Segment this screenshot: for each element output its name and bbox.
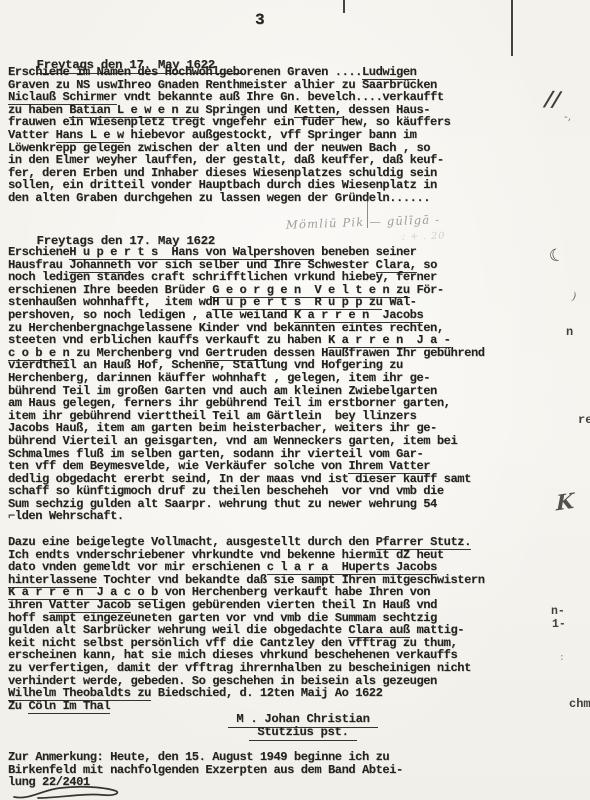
page-number: 3 (255, 11, 265, 29)
fold-line-mark (511, 0, 513, 56)
pen-squiggle-mark (12, 785, 124, 800)
text-line: ⌐lden Wehrschaft. (8, 510, 485, 523)
paren-mark: ) (570, 290, 578, 304)
handwritten-k-mark: K (556, 488, 574, 516)
entry1-paragraph: Erschiene im Namen des Hochwohlgeborenen… (8, 66, 450, 205)
entry2-paragraph: ErschieneH u p e r t s Hans von Walpersh… (8, 246, 485, 523)
margin-fragment-n-dash: n- (551, 605, 565, 618)
crescent-mark: ☾ (547, 245, 566, 268)
text-line: Wilhelm Theobaldts zu Biedschied, d. 12t… (8, 687, 485, 700)
pencil-annotation: Mömliū Pik — gūlīgā - (286, 212, 441, 231)
double-slash-mark: // (544, 85, 561, 111)
margin-fragment-n: n (566, 325, 573, 339)
dash-mark: -, (564, 110, 571, 123)
text-line: Zu Cöln Im Thal (8, 700, 485, 713)
fold-crease-mark (343, 0, 345, 13)
document-scan-page: 3 Freytags den 17. May 1622 Erschiene im… (0, 0, 590, 800)
text-line: den alten Graben durchgehen zu lassen we… (8, 192, 450, 205)
note-1949-paragraph: Zur Anmerkung: Heute, den 15. August 194… (8, 751, 403, 789)
signature-block: M . Johan Christian Stutzius pst. (208, 713, 398, 739)
entry3-paragraph: Dazu eine beigelegte Vollmacht, ausgeste… (8, 536, 485, 712)
pencil-annotation-small: ; + . 20 (402, 231, 446, 243)
margin-fragment-colon: : (560, 650, 564, 663)
margin-fragment-chm: chm (569, 697, 590, 711)
margin-fragment-1-dash: 1- (552, 618, 566, 631)
margin-fragment-re: re (578, 413, 590, 427)
signature-title: Stutzius pst. (249, 725, 356, 741)
